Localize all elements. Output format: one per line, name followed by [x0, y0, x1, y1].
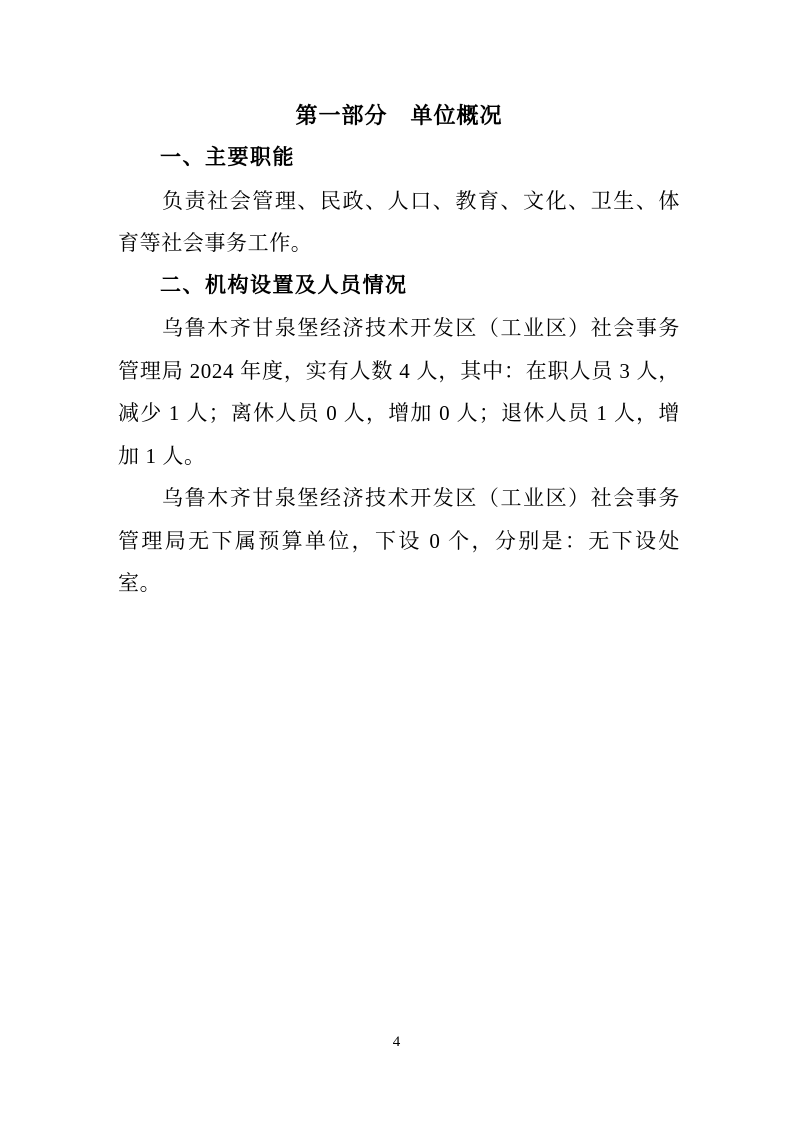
section-heading-main-functions: 一、主要职能	[118, 137, 680, 180]
document-page: 第一部分 单位概况 一、主要职能 负责社会管理、民政、人口、教育、文化、卫生、体…	[0, 0, 793, 1122]
page-number: 4	[0, 1032, 793, 1052]
paragraph-subordinate-units: 乌鲁木齐甘泉堡经济技术开发区（工业区）社会事务管理局无下属预算单位，下设 0 个…	[118, 477, 680, 605]
paragraph-personnel-counts: 乌鲁木齐甘泉堡经济技术开发区（工业区）社会事务管理局 2024 年度，实有人数 …	[118, 307, 680, 477]
document-title: 第一部分 单位概况	[118, 94, 680, 137]
paragraph-main-functions: 负责社会管理、民政、人口、教育、文化、卫生、体育等社会事务工作。	[118, 180, 680, 265]
document-content: 第一部分 单位概况 一、主要职能 负责社会管理、民政、人口、教育、文化、卫生、体…	[118, 94, 680, 605]
section-heading-organization-personnel: 二、机构设置及人员情况	[118, 265, 680, 308]
